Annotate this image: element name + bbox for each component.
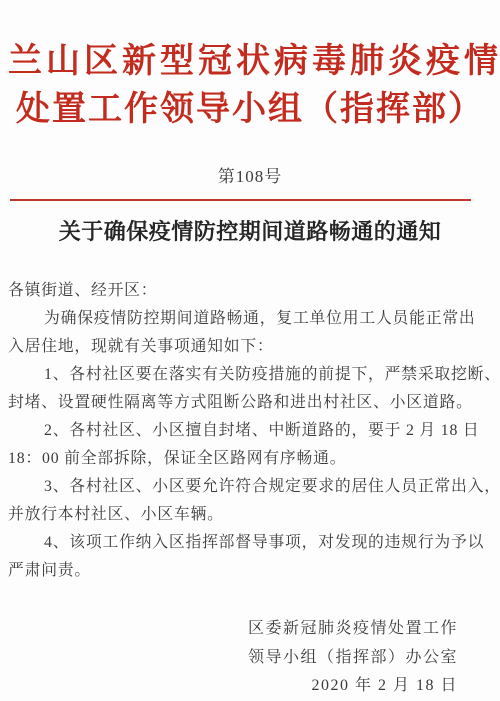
body-line-item-1: 1、各村社区要在落实有关防疫措施的前提下，严禁采取挖断、 (8, 361, 492, 389)
red-divider-rule (10, 199, 471, 201)
document-number: 第108号 (8, 167, 492, 187)
body-line-item-3: 3、各村社区、小区要允许符合规定要求的居住人员正常出入， (8, 473, 492, 501)
body-line: 18：00 前全部拆除，保证全区路网有序畅通。 (8, 445, 492, 473)
official-notice-page: 兰山区新型冠状病毒肺炎疫情 处置工作领导小组（指挥部） 第108号 关于确保疫情… (0, 0, 500, 701)
signoff-date: 2020 年 2 月 18 日 (8, 672, 458, 701)
body-line-item-2: 2、各村社区、小区擅自封堵、中断道路的，要于 2 月 18 日 (8, 417, 492, 445)
org-name-line-2: 处置工作领导小组（指挥部） (8, 86, 492, 134)
body-line: 为确保疫情防控期间道路畅通，复工单位用工人员能正常出 (8, 305, 492, 333)
red-letterhead: 兰山区新型冠状病毒肺炎疫情 处置工作领导小组（指挥部） 第108号 (8, 38, 492, 201)
body-line: 入居住地，现就有关事项通知如下： (8, 333, 492, 361)
signoff-org-line-2: 领导小组（指挥部）办公室 (8, 644, 458, 673)
signature-block: 区委新冠肺炎疫情处置工作 领导小组（指挥部）办公室 2020 年 2 月 18 … (8, 615, 492, 701)
document-body: 各镇街道、经开区： 为确保疫情防控期间道路畅通，复工单位用工人员能正常出 入居住… (8, 277, 492, 585)
body-line: 封堵、设置硬性隔离等方式阻断公路和进出村社区、小区道路。 (8, 389, 492, 417)
document-title: 关于确保疫情防控期间道路畅通的通知 (8, 218, 492, 245)
body-line: 并放行本村社区、小区车辆。 (8, 501, 492, 529)
body-line-item-4: 4、该项工作纳入区指挥部督导事项，对发现的违规行为予以 (8, 529, 492, 557)
org-name-line-1: 兰山区新型冠状病毒肺炎疫情 (8, 38, 492, 86)
body-salutation: 各镇街道、经开区： (8, 277, 492, 305)
body-line: 严肃问责。 (8, 557, 492, 585)
signoff-org-line-1: 区委新冠肺炎疫情处置工作 (8, 615, 458, 644)
